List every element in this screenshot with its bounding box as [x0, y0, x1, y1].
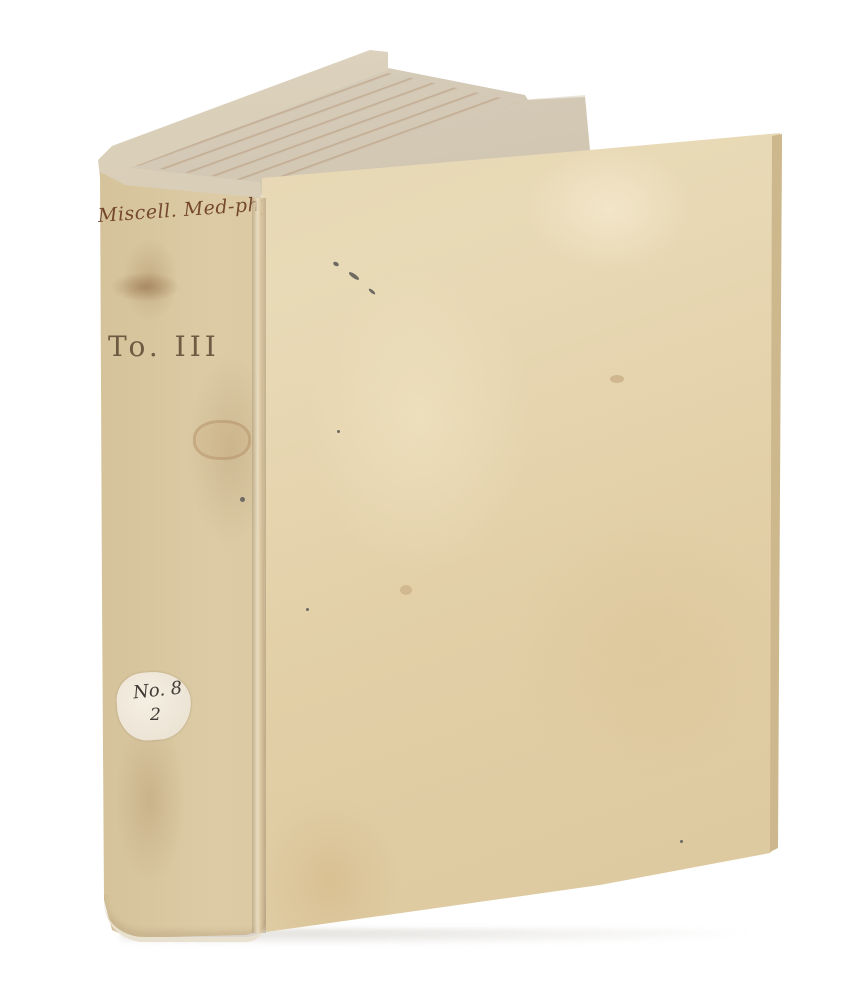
cover-stain [610, 375, 624, 383]
ink-spot [306, 608, 309, 611]
book-photograph: Miscell. Med-physi To. III No. 8 2 [0, 0, 857, 1000]
ink-spot [240, 497, 245, 502]
ink-spot [368, 288, 376, 295]
ink-spot [332, 261, 339, 267]
ink-spot [680, 840, 683, 843]
cover-blemishes [0, 0, 857, 1000]
cover-stain [400, 585, 412, 595]
ink-spot [337, 430, 340, 433]
ink-spot [348, 271, 360, 281]
